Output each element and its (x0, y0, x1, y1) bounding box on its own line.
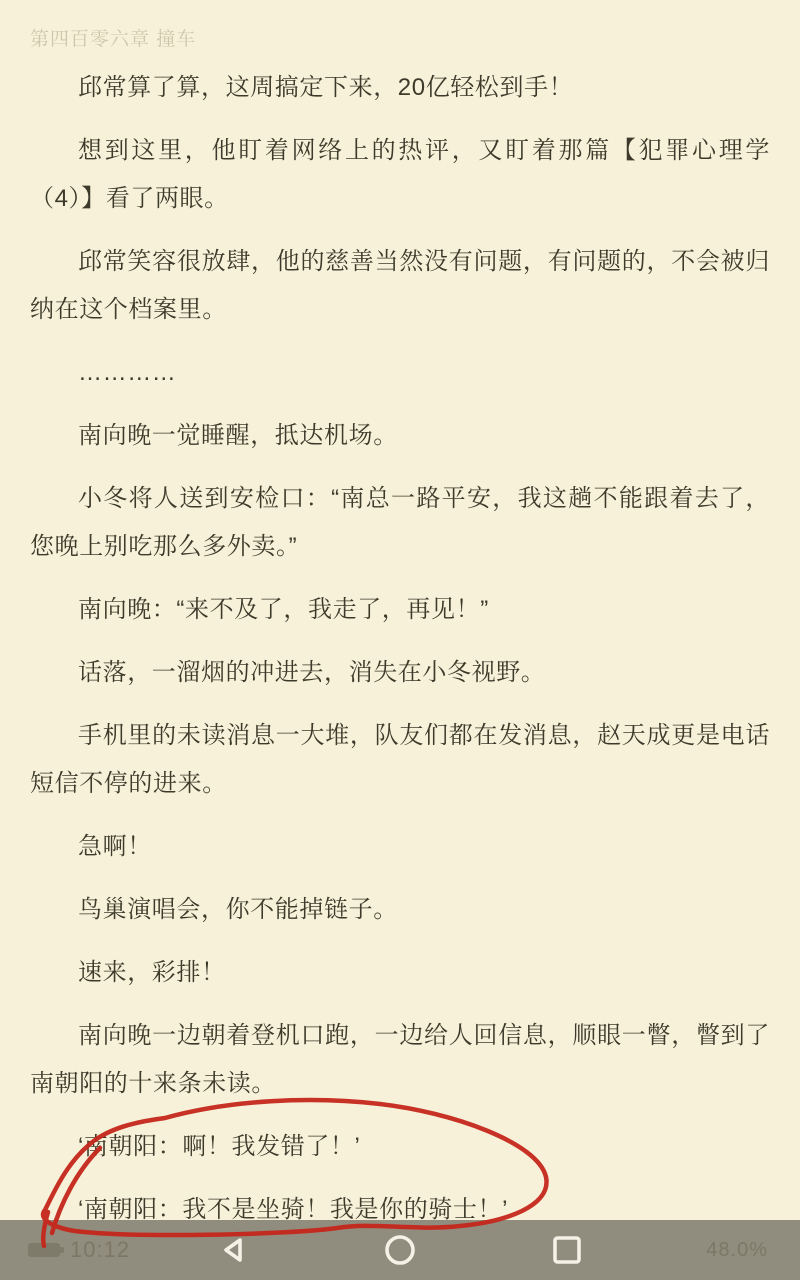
back-button[interactable] (198, 1220, 268, 1280)
chapter-title: 第四百零六章 撞车 (30, 24, 770, 51)
paragraph: 邱常笑容很放肆，他的慈善当然没有问题，有问题的，不会被归纳在这个档案里。 (30, 238, 770, 334)
status-left: 10:12 (28, 1220, 130, 1280)
paragraph: 速来，彩排！ (30, 949, 770, 997)
paragraph: 手机里的未读消息一大堆，队友们都在发消息，赵天成更是电话短信不停的进来。 (30, 712, 770, 808)
paragraph: 南向晚一觉睡醒，抵达机场。 (30, 412, 770, 460)
reader-screen: 第四百零六章 撞车 邱常算了算，这周搞定下来，20亿轻松到手！想到这里，他盯着网… (0, 0, 800, 1280)
battery-percent: 48.0% (706, 1220, 768, 1280)
paragraph: 南向晚：“来不及了，我走了，再见！” (30, 586, 770, 634)
system-navbar: 10:12 48.0% (0, 1220, 800, 1280)
paragraph: 邱常算了算，这周搞定下来，20亿轻松到手！ (30, 64, 770, 112)
paragraph: 急啊！ (30, 823, 770, 871)
recents-icon (552, 1235, 582, 1265)
back-icon (220, 1236, 246, 1264)
chapter-header: 第四百零六章 撞车 (0, 0, 800, 40)
chapter-content[interactable]: 邱常算了算，这周搞定下来，20亿轻松到手！想到这里，他盯着网络上的热评，又盯着那… (0, 64, 800, 1249)
paragraph: 话落，一溜烟的冲进去，消失在小冬视野。 (30, 649, 770, 697)
paragraph: 南向晚一边朝着登机口跑，一边给人回信息，顺眼一瞥，瞥到了南朝阳的十来条未读。 (30, 1012, 770, 1108)
paragraph: 鸟巢演唱会，你不能掉链子。 (30, 886, 770, 934)
battery-icon (28, 1243, 60, 1257)
paragraph: ………… (30, 349, 770, 397)
home-icon (384, 1234, 416, 1266)
home-button[interactable] (365, 1220, 435, 1280)
paragraph: 小冬将人送到安检口：“南总一路平安，我这趟不能跟着去了，您晚上别吃那么多外卖。” (30, 475, 770, 571)
paragraph: ‘南朝阳：啊！我发错了！’ (30, 1123, 770, 1171)
recents-button[interactable] (532, 1220, 602, 1280)
paragraph: 想到这里，他盯着网络上的热评，又盯着那篇【犯罪心理学（4）】看了两眼。 (30, 127, 770, 223)
clock: 10:12 (70, 1237, 130, 1263)
